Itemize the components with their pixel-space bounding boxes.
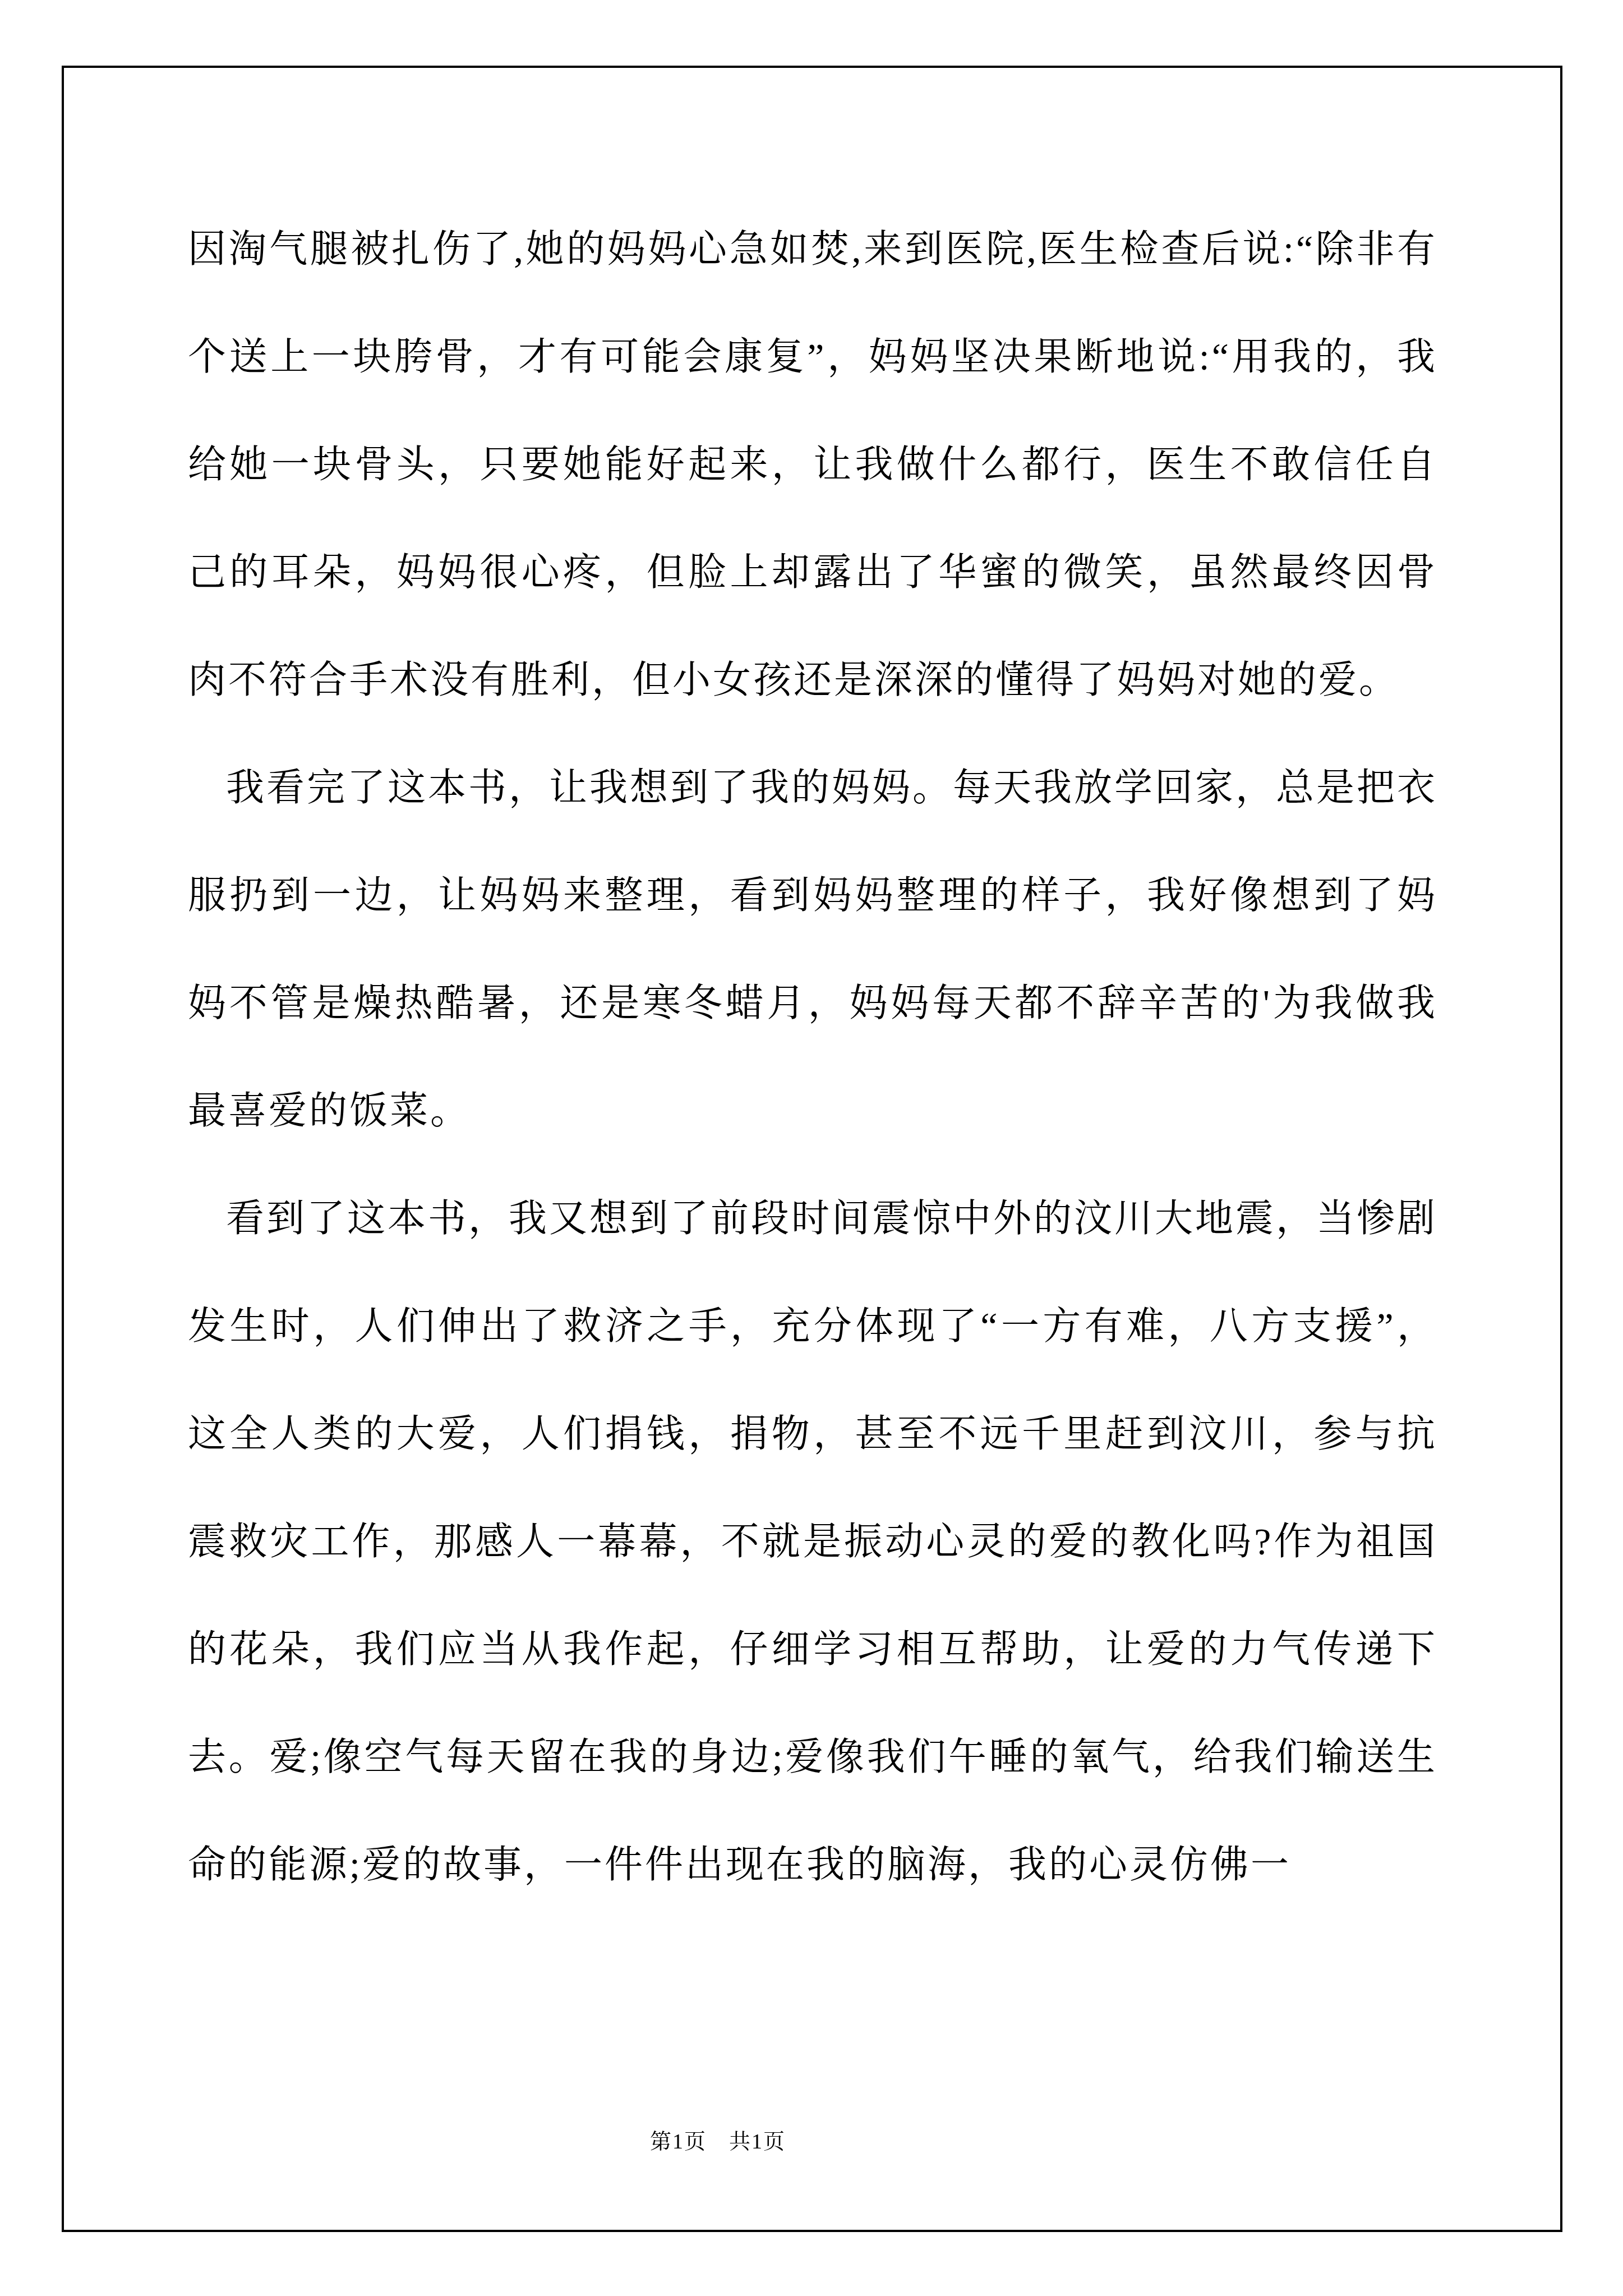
page-footer: 第1页 共1页 (650, 2129, 786, 2155)
document-body: 因淘气腿被扎伤了,她的妈妈心急如焚,来到医院,医生检查后说:“除非有个送上一块胯… (188, 195, 1437, 1918)
document-page: 因淘气腿被扎伤了,她的妈妈心急如焚,来到医院,医生检查后说:“除非有个送上一块胯… (0, 0, 1623, 2296)
paragraph-1: 因淘气腿被扎伤了,她的妈妈心急如焚,来到医院,医生检查后说:“除非有个送上一块胯… (188, 195, 1437, 734)
page-number-label: 第1页 共1页 (650, 2130, 786, 2154)
paragraph-3: 看到了这本书，我又想到了前段时间震惊中外的汶川大地震，当惨剧发生时，人们伸出了救… (188, 1165, 1437, 1918)
paragraph-2: 我看完了这本书，让我想到了我的妈妈。每天我放学回家，总是把衣服扔到一边，让妈妈来… (188, 734, 1437, 1165)
